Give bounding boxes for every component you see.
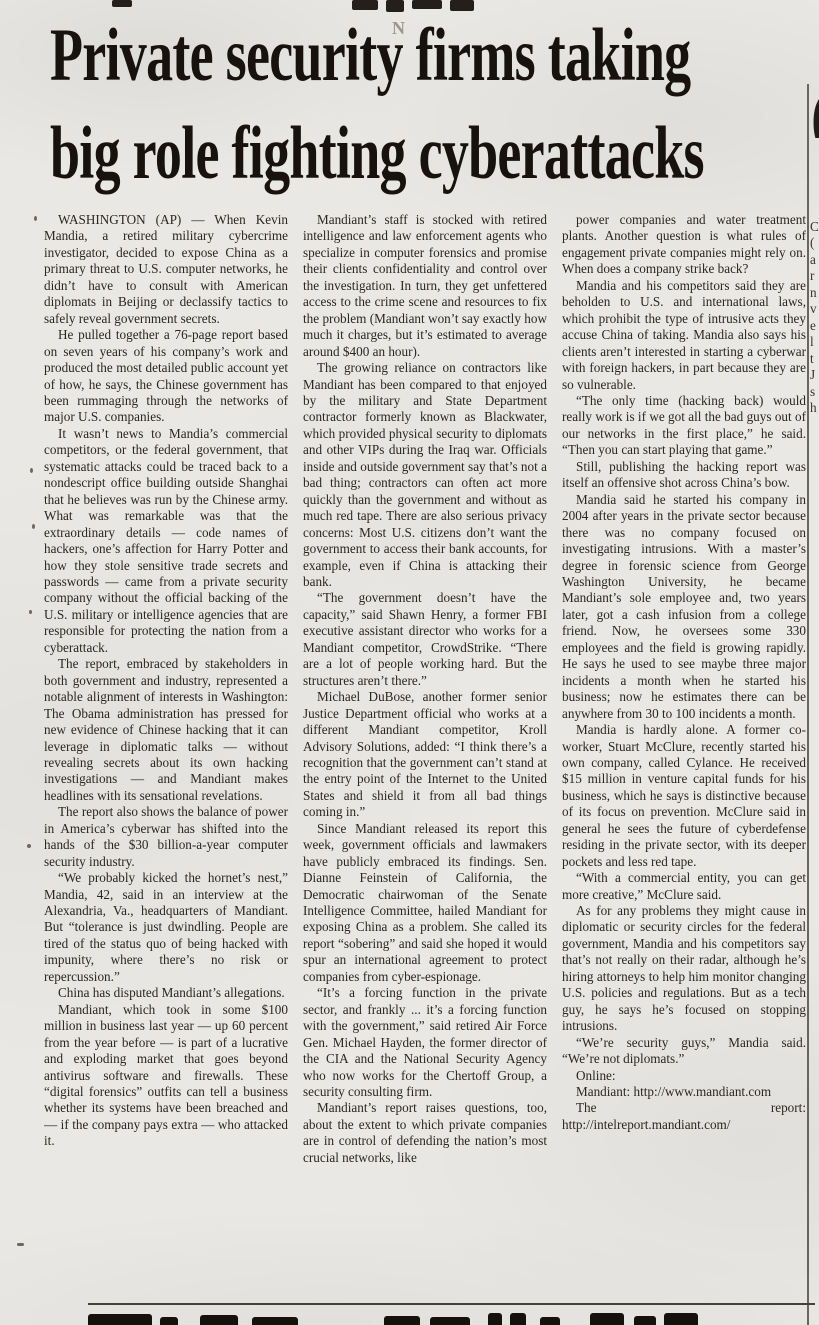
fragment-letter: a bbox=[810, 252, 819, 268]
article-paragraph: Mandia said he started his company in 20… bbox=[562, 492, 806, 722]
article-paragraph: “It’s a forcing function in the private … bbox=[303, 985, 547, 1100]
article-paragraph: WASHINGTON (AP) — When Kevin Mandia, a r… bbox=[44, 212, 288, 327]
clipped-letter-top bbox=[384, 1316, 420, 1325]
clipped-letter-top bbox=[634, 1316, 656, 1325]
article-paragraph: He pulled together a 76-page report base… bbox=[44, 327, 288, 426]
fragment-letter: h bbox=[810, 400, 819, 416]
article-paragraph: “The government doesn’t have the capacit… bbox=[303, 590, 547, 689]
article-paragraph: Mandia is hardly alone. A former co-work… bbox=[562, 722, 806, 870]
article-paragraph: It wasn’t news to Mandia’s commercial co… bbox=[44, 426, 288, 656]
article-paragraph: “The only time (hacking back) would real… bbox=[562, 393, 806, 459]
cropped-letter-bottom bbox=[112, 0, 132, 7]
clipped-letter-top bbox=[540, 1317, 560, 1325]
article-paragraph: Mandia and his competitors said they are… bbox=[562, 278, 806, 393]
clipped-letter-top bbox=[488, 1313, 502, 1325]
column-divider-rule bbox=[807, 84, 809, 1325]
scan-speck bbox=[29, 610, 32, 614]
article-column-2: Mandiant’s staff is stocked with retired… bbox=[303, 212, 547, 1298]
article-paragraph: As for any problems they might cause in … bbox=[562, 903, 806, 1035]
fragment-letter: l bbox=[810, 334, 819, 350]
newspaper-page: N Private security firms taking big role… bbox=[0, 0, 819, 1325]
scan-speck bbox=[17, 1243, 24, 1246]
fragment-letter: r bbox=[810, 268, 819, 284]
article-paragraph: Mandiant’s staff is stocked with retired… bbox=[303, 212, 547, 360]
article-paragraph: “With a commercial entity, you can get m… bbox=[562, 870, 806, 903]
scan-speck bbox=[27, 844, 31, 848]
adjacent-column-fragments: C(arnveltJsh bbox=[810, 219, 819, 479]
fragment-letter: e bbox=[810, 318, 819, 334]
clipped-letter-top bbox=[664, 1313, 698, 1325]
article-paragraph: Mandiant’s report raises questions, too,… bbox=[303, 1100, 547, 1166]
cropped-letter-bottom bbox=[412, 0, 442, 9]
article-paragraph: Mandiant: http://www.mandiant.com bbox=[562, 1084, 806, 1100]
clipped-letter-top bbox=[200, 1315, 238, 1325]
scan-speck bbox=[30, 468, 33, 473]
cropped-letter-bottom bbox=[450, 0, 474, 11]
clipped-letter-top bbox=[252, 1317, 298, 1325]
article-paragraph: The growing reliance on contractors like… bbox=[303, 360, 547, 590]
scan-speck bbox=[34, 216, 37, 221]
cropped-letter-bottom bbox=[386, 0, 404, 12]
article-paragraph: The report also shows the balance of pow… bbox=[44, 804, 288, 870]
headline-line-1: Private security firms taking bbox=[50, 18, 690, 93]
scan-speck bbox=[32, 524, 35, 529]
article-paragraph: The report: http://intelreport.mandiant.… bbox=[562, 1100, 806, 1133]
clipped-letter-top bbox=[510, 1313, 526, 1325]
article-paragraph: Michael DuBose, another former senior Ju… bbox=[303, 689, 547, 821]
cropped-letter-bottom bbox=[352, 0, 378, 10]
fragment-letter: t bbox=[810, 351, 819, 367]
fragment-letter: C bbox=[810, 219, 819, 235]
fragment-letter: n bbox=[810, 285, 819, 301]
fragment-letter: ( bbox=[810, 235, 819, 251]
fragment-letter: v bbox=[810, 301, 819, 317]
clipped-letter-top bbox=[590, 1313, 624, 1325]
article-paragraph: power companies and water treatment plan… bbox=[562, 212, 806, 278]
headline-line-2: big role fighting cyberattacks bbox=[50, 116, 704, 191]
article-paragraph: Online: bbox=[562, 1068, 806, 1084]
clipped-letter-top bbox=[160, 1317, 178, 1325]
article-paragraph: China has disputed Mandiant’s allegation… bbox=[44, 985, 288, 1001]
clipped-letter-top bbox=[430, 1317, 470, 1325]
article-paragraph: Still, publishing the hacking report was… bbox=[562, 459, 806, 492]
article-column-3: power companies and water treatment plan… bbox=[562, 212, 806, 1298]
article-paragraph: Since Mandiant released its report this … bbox=[303, 821, 547, 986]
article-paragraph: “We probably kicked the hornet’s nest,” … bbox=[44, 870, 288, 985]
clipped-letter-top bbox=[88, 1314, 152, 1325]
article-paragraph: “We’re security guys,” Mandia said. “We’… bbox=[562, 1035, 806, 1068]
next-article-clipped-headline bbox=[0, 1308, 819, 1325]
article-paragraph: The report, embraced by stakeholders in … bbox=[44, 656, 288, 804]
article-paragraph: Mandiant, which took in some $100 millio… bbox=[44, 1002, 288, 1150]
article-column-1: WASHINGTON (AP) — When Kevin Mandia, a r… bbox=[44, 212, 288, 1298]
fragment-letter: J bbox=[810, 367, 819, 383]
section-divider-rule bbox=[88, 1303, 815, 1305]
fragment-letter: s bbox=[810, 384, 819, 400]
adjacent-headline-fragment: ( bbox=[810, 76, 819, 138]
